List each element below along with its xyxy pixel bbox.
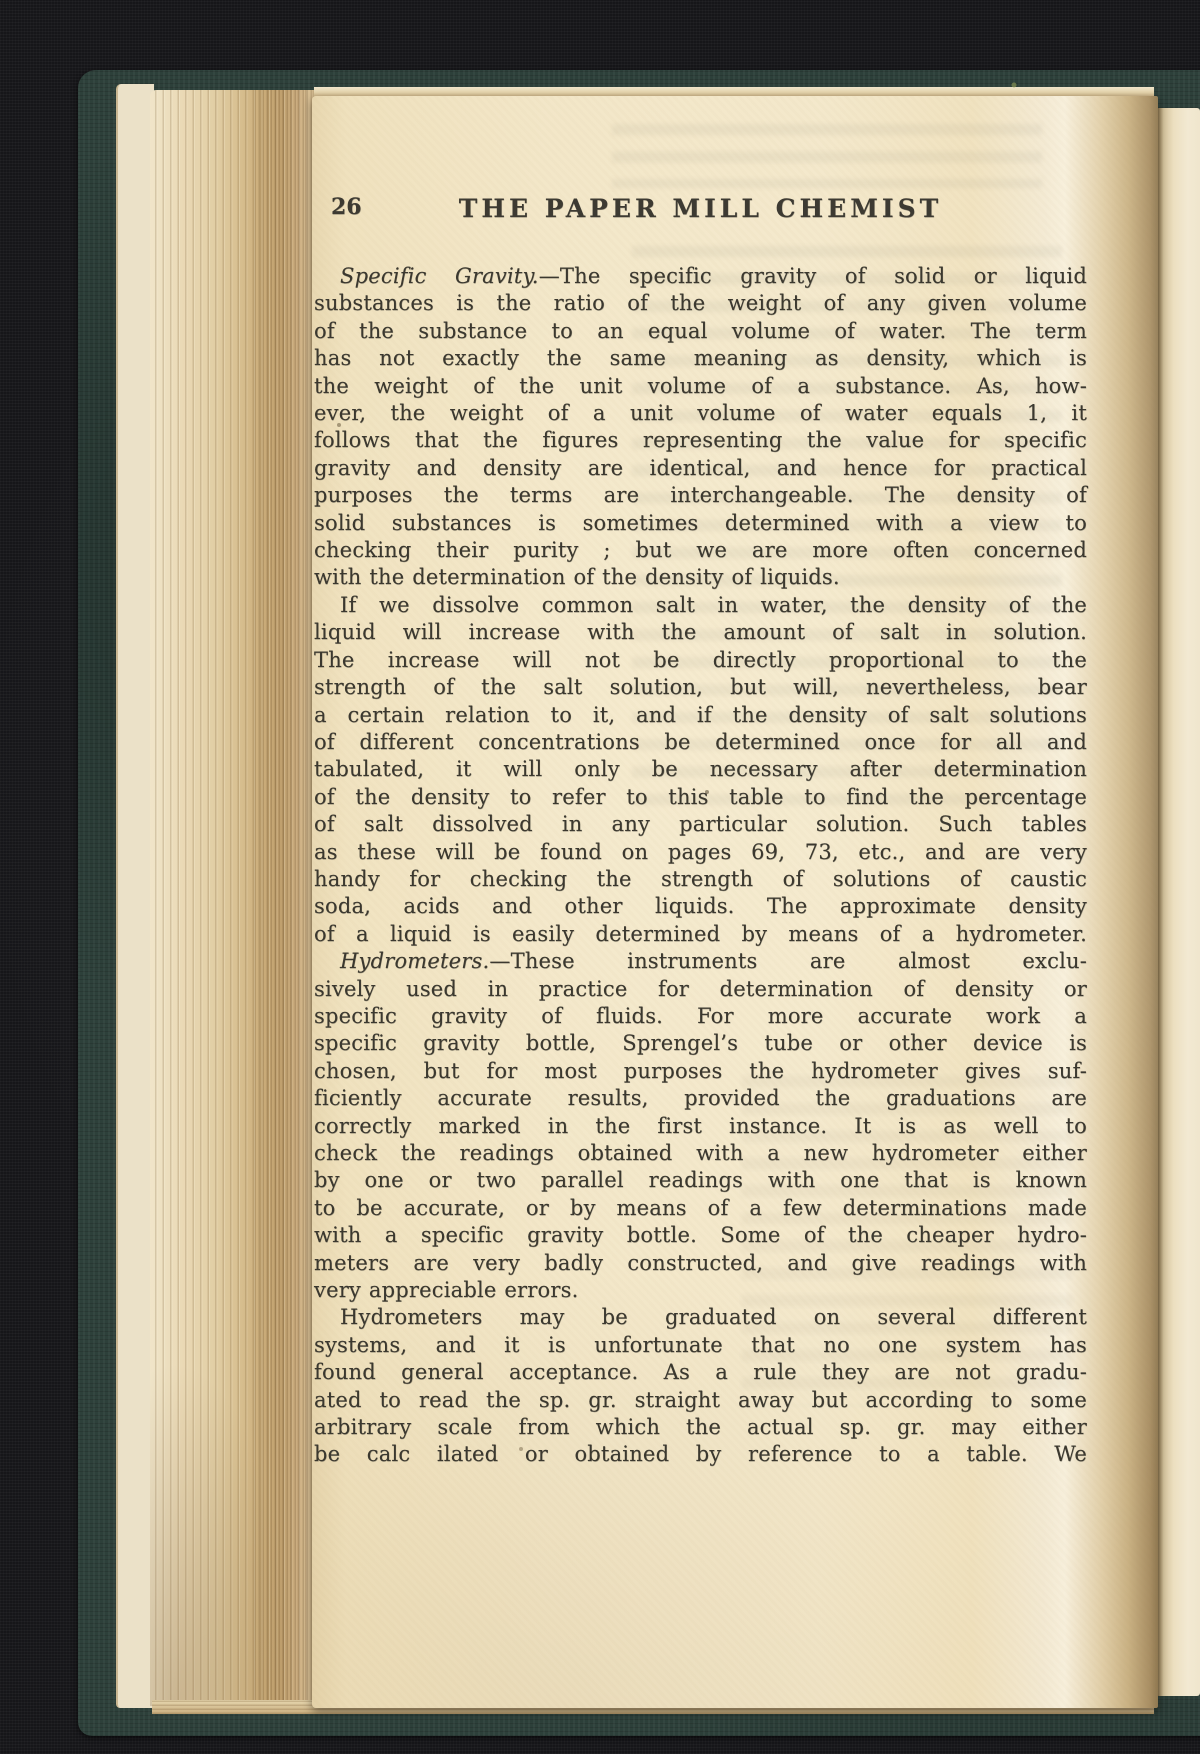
text-line: gravity and density are identical, and h… <box>314 455 1087 482</box>
text-line: handy for checking the strength of solut… <box>314 866 1087 893</box>
running-head: 26 THE PAPER MILL CHEMIST <box>314 194 1087 224</box>
text-line: tabulated, it will only be necessary aft… <box>314 756 1087 783</box>
running-title: THE PAPER MILL CHEMIST <box>314 194 1087 223</box>
book-photo: 26 THE PAPER MILL CHEMIST Specific Gravi… <box>0 0 1200 1754</box>
text-line: The increase will not be directly propor… <box>314 647 1087 674</box>
text-line: of salt dissolved in any particular solu… <box>314 811 1087 838</box>
text-line: purposes the terms are interchangeable. … <box>314 482 1087 509</box>
text-line: ficiently accurate results, provided the… <box>314 1085 1087 1112</box>
text-line: with the determination of the density of… <box>314 564 1087 591</box>
text-line: If we dissolve common salt in water, the… <box>314 592 1087 619</box>
text-line: very appreciable errors. <box>314 1277 1087 1304</box>
text-line: ated to read the sp. gr. straight away b… <box>314 1387 1087 1414</box>
text-line: has not exactly the same meaning as dens… <box>314 345 1087 372</box>
text-line: of different concentrations be determine… <box>314 729 1087 756</box>
dust-specks <box>0 0 2 2</box>
text-line: the weight of the unit volume of a subst… <box>314 373 1087 400</box>
text-line: check the readings obtained with a new h… <box>314 1140 1087 1167</box>
text-line: as these will be found on pages 69, 73, … <box>314 839 1087 866</box>
facing-page-edge <box>1156 108 1200 1696</box>
book-page: 26 THE PAPER MILL CHEMIST Specific Gravi… <box>312 96 1158 1708</box>
text-line: Hydrometers may be graduated on several … <box>314 1304 1087 1331</box>
text-line: with a specific gravity bottle. Some of … <box>314 1222 1087 1249</box>
text-line: chosen, but for most purposes the hydrom… <box>314 1058 1087 1085</box>
flyleaf-edge <box>116 84 154 1708</box>
text-line: of a liquid is easily determined by mean… <box>314 921 1087 948</box>
line-text: —These instruments are almost exclu- <box>489 949 1087 973</box>
text-line: ever, the weight of a unit volume of wat… <box>314 400 1087 427</box>
text-line: specific gravity of fluids. For more acc… <box>314 1003 1087 1030</box>
page-edges-fan <box>150 90 314 1706</box>
text-line: liquid will increase with the amount of … <box>314 619 1087 646</box>
show-through-smudge <box>612 124 1042 188</box>
text-line: be calc ilated or obtained by reference … <box>314 1441 1087 1468</box>
text-line: checking their purity ; but we are more … <box>314 537 1087 564</box>
text-line: soda, acids and other liquids. The appro… <box>314 893 1087 920</box>
italic-lead: Specific Gravity. <box>340 264 539 288</box>
text-line: Specific Gravity.—The specific gravity o… <box>314 263 1087 290</box>
text-line: Hydrometers.—These instruments are almos… <box>314 948 1087 975</box>
text-line: follows that the figures representing th… <box>314 427 1087 454</box>
text-line: sively used in practice for determinatio… <box>314 976 1087 1003</box>
text-line: a certain relation to it, and if the den… <box>314 702 1087 729</box>
text-line: by one or two parallel readings with one… <box>314 1167 1087 1194</box>
text-line: meters are very badly constructed, and g… <box>314 1250 1087 1277</box>
text-line: to be accurate, or by means of a few det… <box>314 1195 1087 1222</box>
text-line: arbitrary scale from which the actual sp… <box>314 1414 1087 1441</box>
text-line: of the density to refer to this table to… <box>314 784 1087 811</box>
text-line: correctly marked in the first instance. … <box>314 1113 1087 1140</box>
italic-lead: Hydrometers. <box>340 949 489 973</box>
text-line: found general acceptance. As a rule they… <box>314 1359 1087 1386</box>
text-block: Specific Gravity.—The specific gravity o… <box>314 263 1087 1469</box>
line-text: —The specific gravity of solid or liquid <box>539 264 1087 288</box>
text-line: solid substances is sometimes determined… <box>314 510 1087 537</box>
text-line: of the substance to an equal volume of w… <box>314 318 1087 345</box>
text-line: substances is the ratio of the weight of… <box>314 290 1087 317</box>
text-line: systems, and it is unfortunate that no o… <box>314 1332 1087 1359</box>
text-line: strength of the salt solution, but will,… <box>314 674 1087 701</box>
text-line: specific gravity bottle, Sprengel’s tube… <box>314 1030 1087 1057</box>
